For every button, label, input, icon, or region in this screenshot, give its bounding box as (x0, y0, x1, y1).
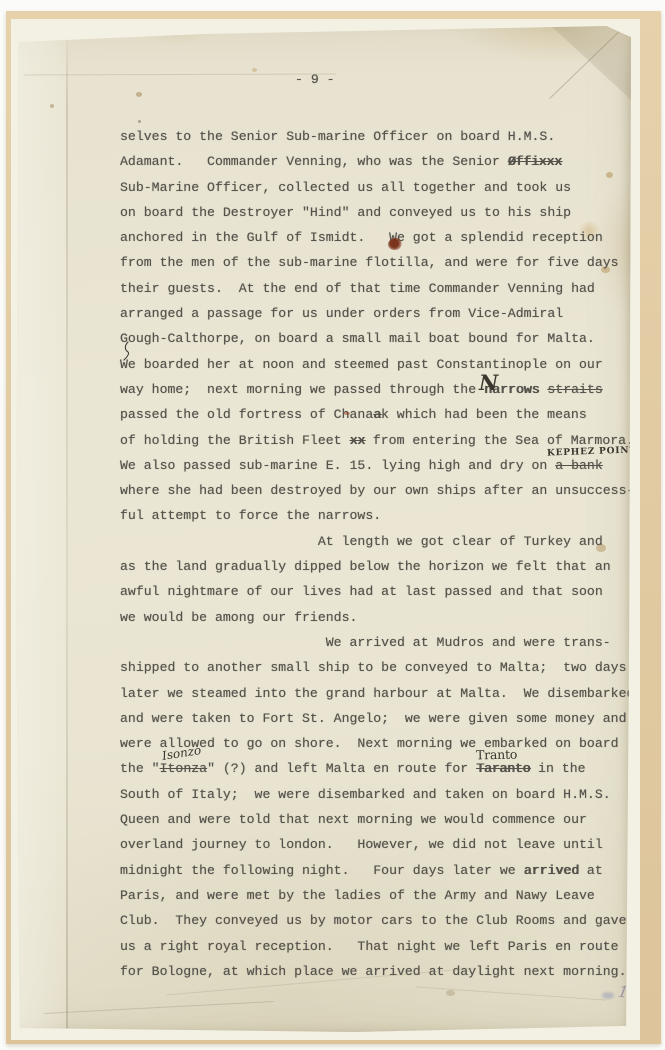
typed-text-run: arranged a passage for us under orders f… (120, 306, 563, 321)
struck-text: xx (350, 428, 365, 453)
typed-text-run: Øffixxx (508, 154, 562, 169)
typed-text-run: arrived (524, 863, 579, 878)
typed-line: Queen and were told that next morning we… (120, 807, 655, 832)
typed-line: Adamant. Commander Venning, who was the … (120, 149, 655, 174)
stain (446, 990, 455, 996)
typed-line: their guests. At the end of that time Co… (120, 276, 655, 301)
typed-line: as the land gradually dipped below the h… (120, 554, 655, 579)
typed-text: We boarded her at noon and steemed past … (120, 352, 603, 377)
typed-text: Gough-Calthorpe, on board a small mail b… (120, 326, 595, 351)
typed-text: midnight the following night. Four days … (120, 858, 524, 883)
stain (252, 68, 257, 72)
typed-text: k which had been the means (381, 402, 587, 427)
overtyped-text: arrived (524, 858, 579, 883)
typed-text: arranged a passage for us under orders f… (120, 301, 563, 326)
left-crease-line (66, 26, 68, 1034)
typed-text: passed the old fortress of Chana (120, 402, 373, 427)
typed-text: way home; next morning we passed through… (120, 377, 484, 402)
ink-blot (388, 238, 402, 250)
typed-text: in the (530, 756, 585, 781)
typed-line: At length we got clear of Turkey and (120, 529, 655, 554)
typed-text-run: Sub-Marine Officer, collected us all tog… (120, 180, 571, 195)
typed-text: South of Italy; we were disembarked and … (120, 782, 611, 807)
typed-text: Sub-Marine Officer, collected us all tog… (120, 175, 571, 200)
typed-line: midnight the following night. Four days … (120, 858, 655, 883)
typed-text-run: way home; next morning we passed through… (120, 382, 484, 397)
typed-text-run: We also passed sub-marine E. 15. lying h… (120, 458, 555, 473)
stain (136, 92, 142, 97)
typed-text: we would be among our friends. (120, 605, 357, 630)
page-number: - 9 - (295, 72, 335, 88)
typed-line: Gough-Calthorpe, on board a small mail b… (120, 326, 655, 351)
typed-text-run: in the (530, 761, 585, 776)
typed-line: way home; next morning we passed through… (120, 377, 655, 402)
typed-text-block: selves to the Senior Sub-marine Officer … (120, 124, 655, 984)
typed-text: Adamant. Commander Venning, who was the … (120, 149, 508, 174)
paper-page: - 9 - selves to the Senior Sub-marine Of… (16, 26, 631, 1034)
typed-text-run: Gough-Calthorpe, on board a small mail b… (120, 331, 595, 346)
typed-text-run: We arrived at Mudros and were trans- (120, 635, 611, 650)
stain (50, 104, 54, 108)
struck-text: Øffixxx (508, 149, 562, 174)
red-correction-mark (344, 412, 350, 415)
struck-text: a bankKEPHEZ POINT (555, 453, 602, 478)
struck-text: TarantoTranto (476, 756, 530, 781)
typed-line: on board the Destroyer "Hind" and convey… (120, 200, 655, 225)
typed-text: as the land gradually dipped below the h… (120, 554, 611, 579)
typed-text: shipped to another small ship to be conv… (120, 655, 626, 680)
typed-line: ful attempt to force the narrows. (120, 503, 655, 528)
typed-text-run: midnight the following night. Four days … (120, 863, 524, 878)
typed-text-run: shipped to another small ship to be conv… (120, 660, 626, 675)
typed-line: and were taken to Fort St. Angelo; we we… (120, 706, 655, 731)
typed-text-run: we would be among our friends. (120, 610, 357, 625)
typed-text-run: k which had been the means (381, 407, 587, 422)
typed-text-run: Adamant. Commander Venning, who was the … (120, 154, 508, 169)
typed-text-run: We boarded her at noon and steemed past … (120, 357, 603, 372)
typed-text: and were taken to Fort St. Angelo; we we… (120, 706, 626, 731)
typed-line: shipped to another small ship to be conv… (120, 655, 655, 680)
bottom-fold-line (416, 986, 606, 1000)
struck-text: a (373, 402, 381, 427)
typed-line: for Bologne, at which place we arrived a… (120, 959, 655, 984)
typed-line: overland journey to london. However, we … (120, 832, 655, 857)
typed-text: overland journey to london. However, we … (120, 832, 603, 857)
typed-text-run: xx (350, 433, 365, 448)
typed-text: at (579, 858, 603, 883)
typed-text: from the men of the sub-marine flotilla,… (120, 250, 619, 275)
typed-text: At length we got clear of Turkey and (120, 529, 603, 554)
typed-line: South of Italy; we were disembarked and … (120, 782, 655, 807)
typed-text: ful attempt to force the narrows. (120, 503, 381, 528)
typed-text-run: passed the old fortress of Chana (120, 407, 373, 422)
typed-text: awful nightmare of our lives had at last… (120, 579, 603, 604)
typed-line: selves to the Senior Sub-marine Officer … (120, 124, 655, 149)
typed-text: where she had been destroyed by our own … (120, 478, 634, 503)
typed-text-run: ful attempt to force the narrows. (120, 508, 381, 523)
typed-line: We arrived at Mudros and were trans- (120, 630, 655, 655)
typed-text-run: overland journey to london. However, we … (120, 837, 603, 852)
handwritten-annotation: KEPHEZ POINT (547, 438, 638, 466)
typed-line: We boarded her at noon and steemed past … (120, 352, 655, 377)
typed-line: the "ItonzaIsonzo" (?) and left Malta en… (120, 756, 655, 781)
typed-text: Paris, and were met by the ladies of the… (120, 883, 595, 908)
typed-text-run: of holding the British Fleet (120, 433, 350, 448)
typed-text: Club. They conveyed us by motor cars to … (120, 908, 626, 933)
typed-line: passed the old fortress of Chanaak which… (120, 402, 655, 427)
typed-text-run: a (373, 407, 381, 422)
typed-line: Sub-Marine Officer, collected us all tog… (120, 175, 655, 200)
typed-text: We arrived at Mudros and were trans- (120, 630, 611, 655)
typed-text-run: where she had been destroyed by our own … (120, 483, 634, 498)
typed-line: arranged a passage for us under orders f… (120, 301, 655, 326)
scanned-document: - 9 - selves to the Senior Sub-marine Of… (0, 0, 665, 1050)
typed-line: Club. They conveyed us by motor cars to … (120, 908, 655, 933)
typed-text-run: selves to the Senior Sub-marine Officer … (120, 129, 555, 144)
typed-text-run: straits (547, 382, 602, 397)
typed-text: anchored in the Gulf of Ismidt. We got a… (120, 225, 603, 250)
typed-text: us a right royal reception. That night w… (120, 934, 619, 959)
typed-text-run: At length we got clear of Turkey and (120, 534, 603, 549)
typed-line: Paris, and were met by the ladies of the… (120, 883, 655, 908)
top-crease-line (24, 73, 336, 75)
typed-text: of holding the British Fleet (120, 428, 350, 453)
typed-text-run: Club. They conveyed us by motor cars to … (120, 913, 626, 928)
typed-line: from the men of the sub-marine flotilla,… (120, 250, 655, 275)
typed-line: anchored in the Gulf of Ismidt. We got a… (120, 225, 655, 250)
typed-text-run: later we steamed into the grand harbour … (120, 686, 634, 701)
handwritten-correction-mark (121, 341, 133, 361)
typed-text-run: anchored in the Gulf of Ismidt. We got a… (120, 230, 603, 245)
typed-text: later we steamed into the grand harbour … (120, 681, 634, 706)
typed-text: selves to the Senior Sub-marine Officer … (120, 124, 555, 149)
typed-line: us a right royal reception. That night w… (120, 934, 655, 959)
typed-text-run: Queen and were told that next morning we… (120, 812, 587, 827)
overtyped-text: narrowsN (484, 377, 539, 402)
typed-line: later we steamed into the grand harbour … (120, 681, 655, 706)
typed-text-run: on board the Destroyer "Hind" and convey… (120, 205, 571, 220)
typed-text: the " (120, 756, 160, 781)
typed-text-run: " (?) and left Malta en route for (207, 761, 476, 776)
typed-line: awful nightmare of our lives had at last… (120, 579, 655, 604)
left-fold-strip (16, 26, 66, 1034)
typed-text-run: the " (120, 761, 160, 776)
struck-text: straits (547, 377, 602, 402)
typed-text-run: from the men of the sub-marine flotilla,… (120, 255, 619, 270)
typed-text: their guests. At the end of that time Co… (120, 276, 595, 301)
typed-text-run: awful nightmare of our lives had at last… (120, 584, 603, 599)
typed-text-run: as the land gradually dipped below the h… (120, 559, 611, 574)
struck-text: ItonzaIsonzo (160, 756, 207, 781)
typed-text-run: and were taken to Fort St. Angelo; we we… (120, 711, 626, 726)
typed-text-run: South of Italy; we were disembarked and … (120, 787, 611, 802)
handwritten-annotation: Tranto (476, 742, 518, 768)
typed-line: we would be among our friends. (120, 605, 655, 630)
typed-line: We also passed sub-marine E. 15. lying h… (120, 453, 655, 478)
folded-corner (551, 26, 631, 100)
handwritten-capital-overlay: N (479, 370, 498, 395)
typed-text: Queen and were told that next morning we… (120, 807, 587, 832)
typed-text: " (?) and left Malta en route for (207, 756, 476, 781)
typed-line: where she had been destroyed by our own … (120, 478, 655, 503)
typed-text: for Bologne, at which place we arrived a… (120, 959, 626, 984)
bottom-fold-line (44, 1001, 274, 1014)
typed-text-run: Paris, and were met by the ladies of the… (120, 888, 595, 903)
typed-text: We also passed sub-marine E. 15. lying h… (120, 453, 555, 478)
stain (138, 120, 141, 123)
typed-text-run: at (579, 863, 603, 878)
typed-text: on board the Destroyer "Hind" and convey… (120, 200, 571, 225)
typed-text-run: their guests. At the end of that time Co… (120, 281, 595, 296)
typed-text-run: us a right royal reception. That night w… (120, 939, 619, 954)
pencil-smudge (602, 992, 614, 999)
